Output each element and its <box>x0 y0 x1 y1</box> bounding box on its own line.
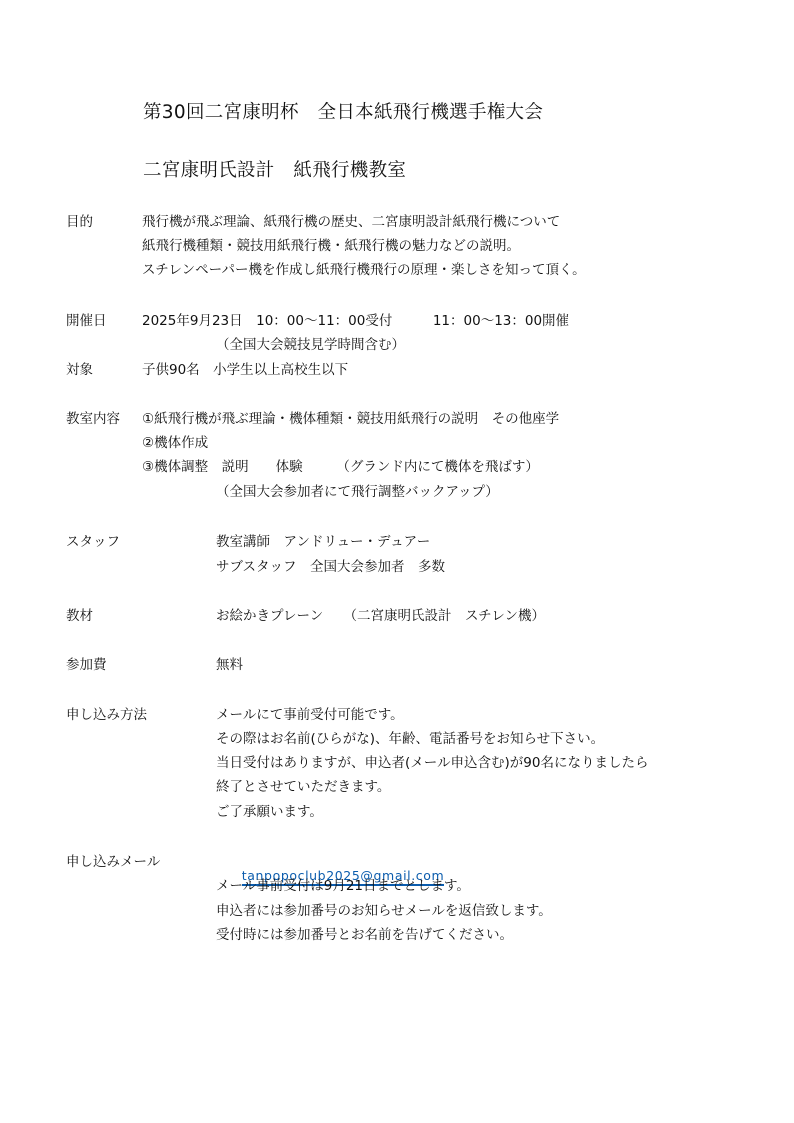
purpose-line-3: スチレンペーパー機を作成し紙飛行機飛行の原理・楽しさを知って頂く。 <box>142 264 586 278</box>
material-line-1: お絵かきプレーン （二宮康明氏設計 スチレン機） <box>216 610 545 624</box>
apply-method-line-1: メールにて事前受付可能です。 <box>216 709 404 723</box>
purpose-label: 目的 <box>66 216 93 230</box>
apply-mail-label: 申し込みメール <box>66 856 160 870</box>
content-label: 教室内容 <box>66 413 120 427</box>
apply-method-line-2: その際はお名前(ひらがな)、年齢、電話番号をお知らせ下さい。 <box>216 733 604 747</box>
document-page: 第30回二宮康明杯 全日本紙飛行機選手権大会 二宮康明氏設計 紙飛行機教室 目的… <box>0 0 794 1123</box>
purpose-line-2: 紙飛行機種類・競技用紙飛行機・紙飛行機の魅力などの説明。 <box>142 240 520 254</box>
apply-method-line-5: ご了承願います。 <box>216 806 323 820</box>
content-line-3: ③機体調整 説明 体験 （グランド内にて機体を飛ばす） <box>142 461 539 475</box>
apply-method-label: 申し込み方法 <box>66 709 147 723</box>
date-line-1: 2025年9月23日 10：00～11：00受付 11：00～13：00開催 <box>142 315 569 329</box>
target-label: 対象 <box>66 364 93 378</box>
purpose-line-1: 飛行機が飛ぶ理論、紙飛行機の歴史、二宮康明設計紙飛行機について <box>142 216 560 230</box>
date-line-2: （全国大会競技見学時間含む） <box>216 339 405 353</box>
content-line-1: ①紙飛行機が飛ぶ理論・機体種類・競技用紙飛行の説明 その他座学 <box>142 413 559 427</box>
target-line-1: 子供90名 小学生以上高校生以下 <box>142 364 348 378</box>
document-title: 第30回二宮康明杯 全日本紙飛行機選手権大会 <box>143 104 543 123</box>
apply-mail-line-2: 申込者には参加番号のお知らせメールを返信致します。 <box>216 905 552 919</box>
apply-mail-line-1: メール事前受付は9月21日までとします。 <box>216 880 470 894</box>
document-subtitle: 二宮康明氏設計 紙飛行機教室 <box>143 162 406 181</box>
staff-line-1: 教室講師 アンドリュー・デュアー <box>216 536 430 550</box>
apply-method-line-3: 当日受付はありますが、申込者(メール申込含む)が90名になりましたら <box>216 757 648 771</box>
staff-label: スタッフ <box>66 536 120 550</box>
staff-line-2: サブスタッフ 全国大会参加者 多数 <box>216 561 445 575</box>
fee-label: 参加費 <box>66 659 107 673</box>
apply-mail-line-3: 受付時には参加番号とお名前を告げてください。 <box>216 929 513 943</box>
date-label: 開催日 <box>66 315 107 329</box>
material-label: 教材 <box>66 610 93 624</box>
apply-method-line-4: 終了とさせていただきます。 <box>216 781 390 795</box>
content-line-4: （全国大会参加者にて飛行調整バックアップ） <box>216 486 499 500</box>
fee-line-1: 無料 <box>216 659 243 673</box>
content-line-2: ②機体作成 <box>142 437 208 451</box>
